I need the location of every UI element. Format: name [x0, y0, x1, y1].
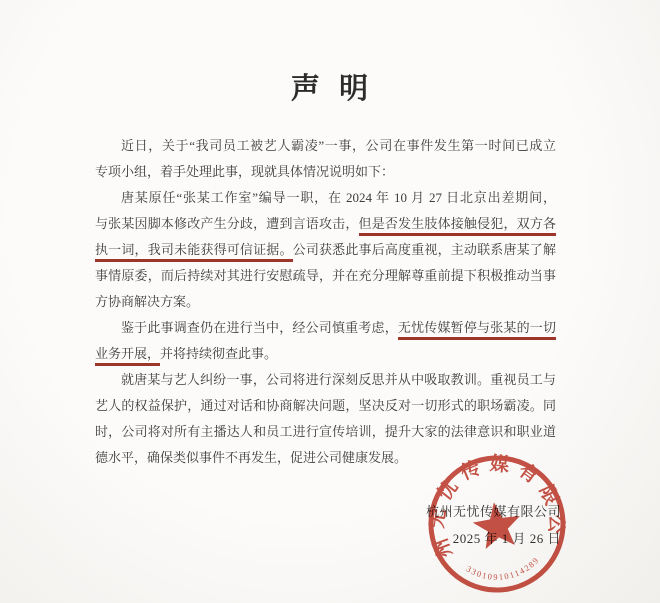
- statement-line: 鉴于此事调查仍在进行当中，经公司慎重考虑，无忧传媒暂停与张某的一切: [95, 315, 556, 341]
- text-segment: 就唐某与艺人纠纷一事，公司将进行深刻反思并从中吸取教训。重视员工与: [121, 372, 556, 387]
- statement-line: 事情原委，而后持续对其进行安慰疏导，并在充分理解尊重前提下积极推动当事: [95, 263, 556, 289]
- signature-block: 杭州无忧传媒有限公司 2025 年 1 月 26 日: [426, 498, 561, 552]
- text-segment: 近日，关于“我司员工被艺人霸凌”一事，公司在事件发生第一时间已成立: [121, 138, 556, 153]
- statement-line: 方协商解决方案。: [95, 289, 556, 315]
- text-segment: 公司获悉此事后高度重视，主动联系唐某了解: [293, 242, 556, 257]
- statement-line: 业务开展，并将持续彻查此事。: [95, 341, 556, 367]
- statement-line: 执一词，我司未能获得可信证据。公司获悉此事后高度重视，主动联系唐某了解: [95, 237, 556, 263]
- statement-body: 近日，关于“我司员工被艺人霸凌”一事，公司在事件发生第一时间已成立 专项小组，着…: [95, 133, 556, 471]
- underlined-text: 无忧传媒暂停与张某的一切: [398, 320, 556, 340]
- statement-document-page: 声 明 近日，关于“我司员工被艺人霸凌”一事，公司在事件发生第一时间已成立 专项…: [0, 0, 660, 603]
- text-segment: 并将持续彻查此事。: [160, 346, 277, 361]
- text-segment: 专项小组，着手处理此事，现就具体情况说明如下：: [95, 164, 394, 179]
- underlined-text: 业务开展，: [95, 346, 160, 366]
- statement-title: 声 明: [0, 66, 660, 107]
- underlined-text: 执一词，我司未能获得可信证据。: [95, 242, 293, 262]
- text-segment: 艺人的权益保护，通过对话和协商解决问题，坚决反对一切形式的职场霸凌。同: [95, 398, 556, 413]
- statement-line: 就唐某与艺人纠纷一事，公司将进行深刻反思并从中吸取教训。重视员工与: [95, 367, 556, 393]
- text-segment: 鉴于此事调查仍在进行当中，经公司慎重考虑，: [121, 320, 398, 335]
- statement-line: 唐某原任“张某工作室”编导一职，在 2024 年 10 月 27 日北京出差期间…: [95, 185, 556, 211]
- text-segment: 方协商解决方案。: [95, 294, 199, 309]
- statement-line: 与张某因脚本修改产生分歧，遭到言语攻击，但是否发生肢体接触侵犯，双方各: [95, 211, 556, 237]
- seal-number: 33010910114289: [464, 554, 544, 587]
- text-segment: 与张某因脚本修改产生分歧，遭到言语攻击，: [95, 216, 359, 231]
- text-segment: 时，公司将对所有主播达人和员工进行宣传培训，提升大家的法律意识和职业道: [95, 424, 556, 439]
- signature-company: 杭州无忧传媒有限公司: [426, 498, 561, 525]
- statement-line: 艺人的权益保护，通过对话和协商解决问题，坚决反对一切形式的职场霸凌。同: [95, 393, 556, 419]
- text-segment: 唐某原任“张某工作室”编导一职，在 2024 年 10 月 27 日北京出差期间…: [121, 190, 556, 205]
- statement-line: 德水平，确保类似事件不再发生，促进公司健康发展。: [95, 445, 556, 471]
- signature-date: 2025 年 1 月 26 日: [426, 525, 561, 552]
- statement-line: 专项小组，着手处理此事，现就具体情况说明如下：: [95, 159, 556, 185]
- text-segment: 德水平，确保类似事件不再发生，促进公司健康发展。: [95, 450, 407, 465]
- statement-line: 近日，关于“我司员工被艺人霸凌”一事，公司在事件发生第一时间已成立: [95, 133, 556, 159]
- text-segment: 事情原委，而后持续对其进行安慰疏导，并在充分理解尊重前提下积极推动当事: [95, 268, 556, 283]
- underlined-text: 但是否发生肢体接触侵犯，双方各: [359, 216, 556, 236]
- statement-line: 时，公司将对所有主播达人和员工进行宣传培训，提升大家的法律意识和职业道: [95, 419, 556, 445]
